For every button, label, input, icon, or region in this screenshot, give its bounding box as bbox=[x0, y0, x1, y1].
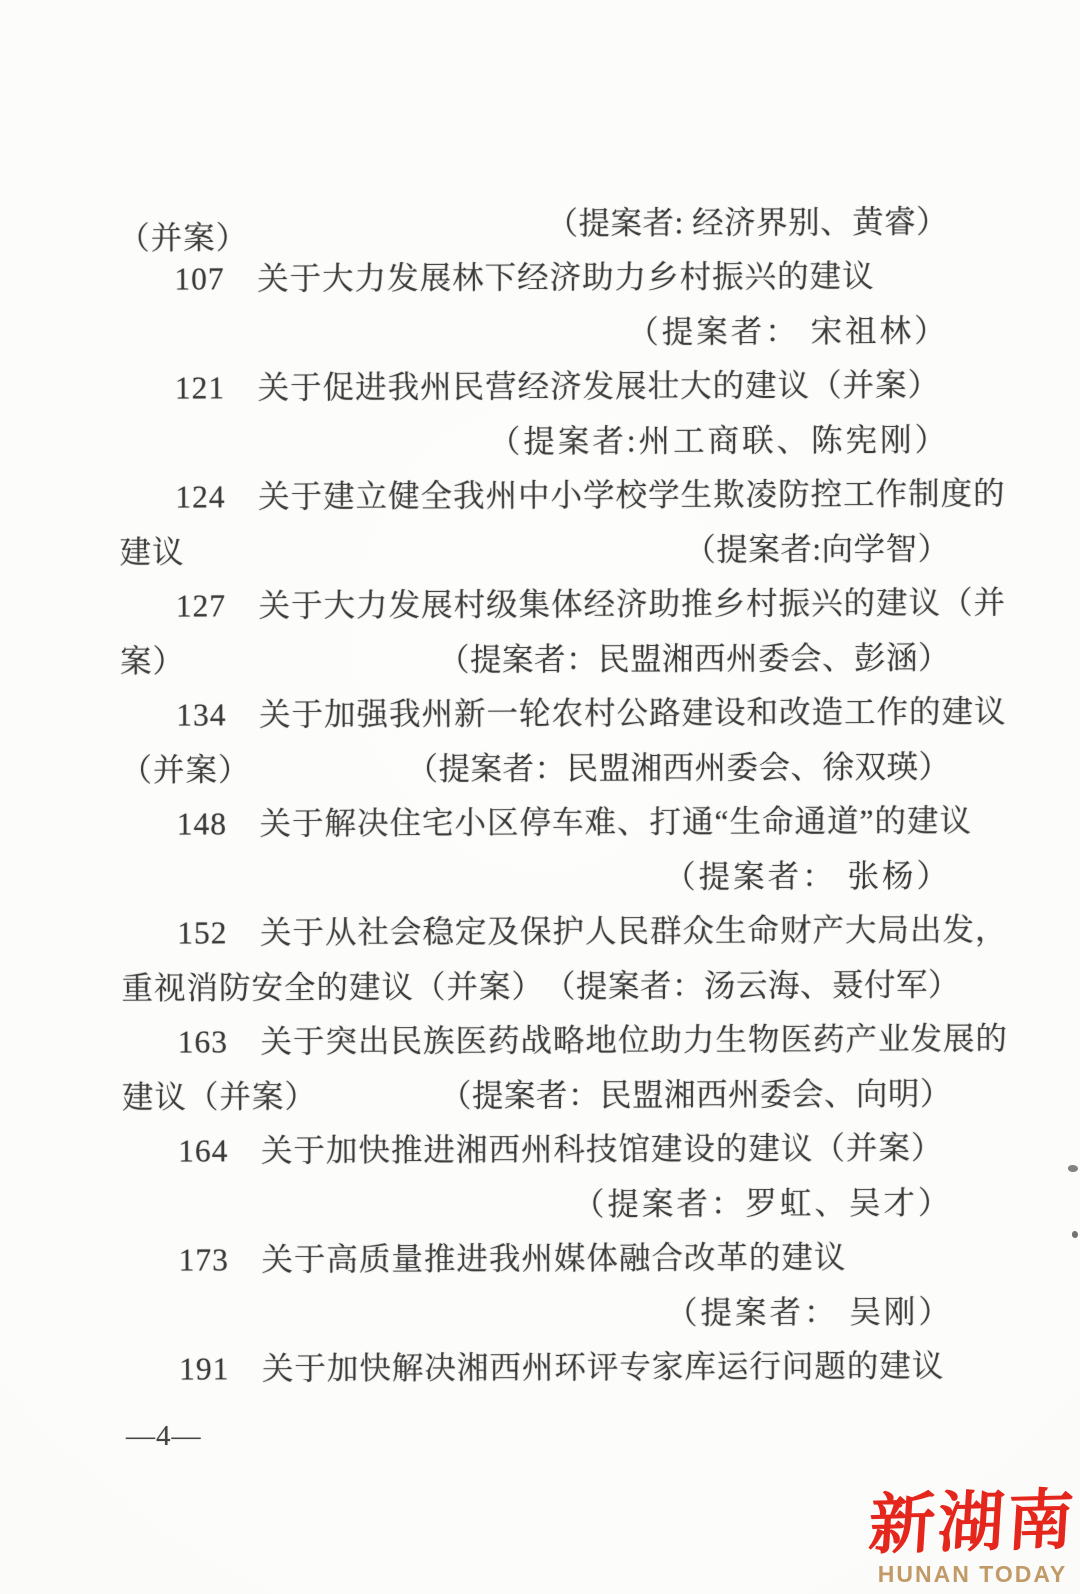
text-line: 163 关于突出民族医药战略地位助力生物医药产业发展的 bbox=[122, 1010, 952, 1068]
text-line: 建议（提案者:向学智） bbox=[119, 519, 949, 577]
document-lines: （并案）（提案者: 经济界别、黄睿）107 关于大力发展林下经济助力乡村振兴的建… bbox=[118, 192, 953, 1395]
proposer-text: （提案者: 经济界别、黄睿） bbox=[546, 197, 948, 244]
text-line: 164 关于加快推进湘西州科技馆建设的建议（并案） bbox=[122, 1119, 952, 1177]
text-line: （提案者： 宋祖林） bbox=[118, 301, 948, 359]
proposer-text: （提案者:向学智） bbox=[684, 524, 949, 570]
line-left-text: （并案） bbox=[118, 213, 248, 259]
text-line: 152 关于从社会稳定及保护人民群众生命财产大局出发， bbox=[121, 901, 951, 959]
proposal-entry-text: 121 关于促进我州民营经济发展壮大的建议（并案） bbox=[119, 360, 940, 409]
text-line: （并案）（提案者: 经济界别、黄睿） bbox=[118, 192, 948, 250]
line-left-text: 重视消防安全的建议（并案） bbox=[121, 962, 544, 1009]
proposal-entry-text: 127 关于大力发展村级集体经济助推乡村振兴的建议（并 bbox=[120, 578, 1006, 627]
scan-speck bbox=[1072, 1231, 1078, 1238]
line-left-text: 建议 bbox=[119, 527, 184, 572]
text-line: 148 关于解决住宅小区停车难、打通“生命通道”的建议 bbox=[121, 792, 951, 850]
document-page: （并案）（提案者: 经济界别、黄睿）107 关于大力发展林下经济助力乡村振兴的建… bbox=[0, 0, 1080, 1594]
proposer-text: （提案者：民盟湘西州委会、徐双瑛） bbox=[406, 742, 950, 789]
proposal-entry-text: 173 关于高质量推进我州媒体融合改革的建议 bbox=[123, 1233, 847, 1281]
text-line: 案）（提案者：民盟湘西州委会、彭涵） bbox=[120, 628, 950, 686]
proposal-entry-text: 148 关于解决住宅小区停车难、打通“生命通道”的建议 bbox=[121, 796, 972, 845]
text-line: 173 关于高质量推进我州媒体融合改革的建议 bbox=[123, 1228, 953, 1286]
proposer-text: （提案者：民盟湘西州委会、彭涵） bbox=[438, 633, 950, 680]
proposal-entry-text: 152 关于从社会稳定及保护人民群众生命财产大局出发， bbox=[121, 905, 1007, 954]
proposer-text: （提案者：罗虹、吴才） bbox=[573, 1178, 953, 1225]
text-line: 建议（并案）（提案者：民盟湘西州委会、向明） bbox=[122, 1064, 952, 1122]
line-left-text: 建议（并案） bbox=[122, 1072, 317, 1118]
page-footer: —4— bbox=[126, 1420, 202, 1453]
text-line: 127 关于大力发展村级集体经济助推乡村振兴的建议（并 bbox=[120, 574, 950, 632]
proposal-entry-text: 134 关于加强我州新一轮农村公路建设和改造工作的建议 bbox=[120, 687, 1006, 736]
proposer-text: （提案者：民盟湘西州委会、向明） bbox=[440, 1069, 952, 1116]
hunan-today-logo: 新湖南 HUNAN TODAY bbox=[869, 1489, 1076, 1588]
text-line: 134 关于加强我州新一轮农村公路建设和改造工作的建议 bbox=[120, 683, 950, 741]
proposer-text: （提案者： 宋祖林） bbox=[627, 306, 949, 352]
text-line: （提案者:州工商联、陈宪刚） bbox=[119, 410, 949, 468]
logo-chinese-text: 新湖南 bbox=[867, 1486, 1079, 1561]
text-line: 191 关于加快解决湘西州环评专家库运行问题的建议 bbox=[123, 1337, 953, 1395]
text-line: 重视消防安全的建议（并案）（提案者：汤云海、聂付军） bbox=[121, 955, 951, 1013]
text-line: 124 关于建立健全我州中小学校学生欺凌防控工作制度的 bbox=[119, 465, 949, 523]
proposal-entry-text: 191 关于加快解决湘西州环评专家库运行问题的建议 bbox=[123, 1341, 944, 1390]
proposal-entry-text: 164 关于加快推进湘西州科技馆建设的建议（并案） bbox=[122, 1123, 943, 1172]
proposer-text: （提案者：汤云海、聂付军） bbox=[544, 960, 960, 1007]
proposer-text: （提案者： 张杨） bbox=[664, 851, 951, 897]
scan-speck bbox=[1068, 1165, 1078, 1172]
proposal-entry-text: 107 关于大力发展林下经济助力乡村振兴的建议 bbox=[118, 252, 874, 300]
text-line: 121 关于促进我州民营经济发展壮大的建议（并案） bbox=[119, 356, 949, 414]
page-number: —4— bbox=[126, 1420, 202, 1452]
text-line: （提案者：罗虹、吴才） bbox=[122, 1173, 952, 1231]
proposer-text: （提案者： 吴刚） bbox=[666, 1287, 953, 1333]
line-left-text: （并案） bbox=[120, 745, 250, 791]
proposal-entry-text: 163 关于突出民族医药战略地位助力生物医药产业发展的 bbox=[122, 1014, 1008, 1063]
proposal-entry-text: 124 关于建立健全我州中小学校学生欺凌防控工作制度的 bbox=[119, 469, 1005, 518]
line-left-text: 案） bbox=[120, 636, 185, 681]
text-line: （提案者： 吴刚） bbox=[123, 1282, 953, 1340]
proposer-text: （提案者:州工商联、陈宪刚） bbox=[489, 415, 949, 462]
logo-english-text: HUNAN TODAY bbox=[869, 1561, 1076, 1588]
text-line: （并案）（提案者：民盟湘西州委会、徐双瑛） bbox=[120, 737, 950, 795]
text-line: （提案者： 张杨） bbox=[121, 846, 951, 904]
